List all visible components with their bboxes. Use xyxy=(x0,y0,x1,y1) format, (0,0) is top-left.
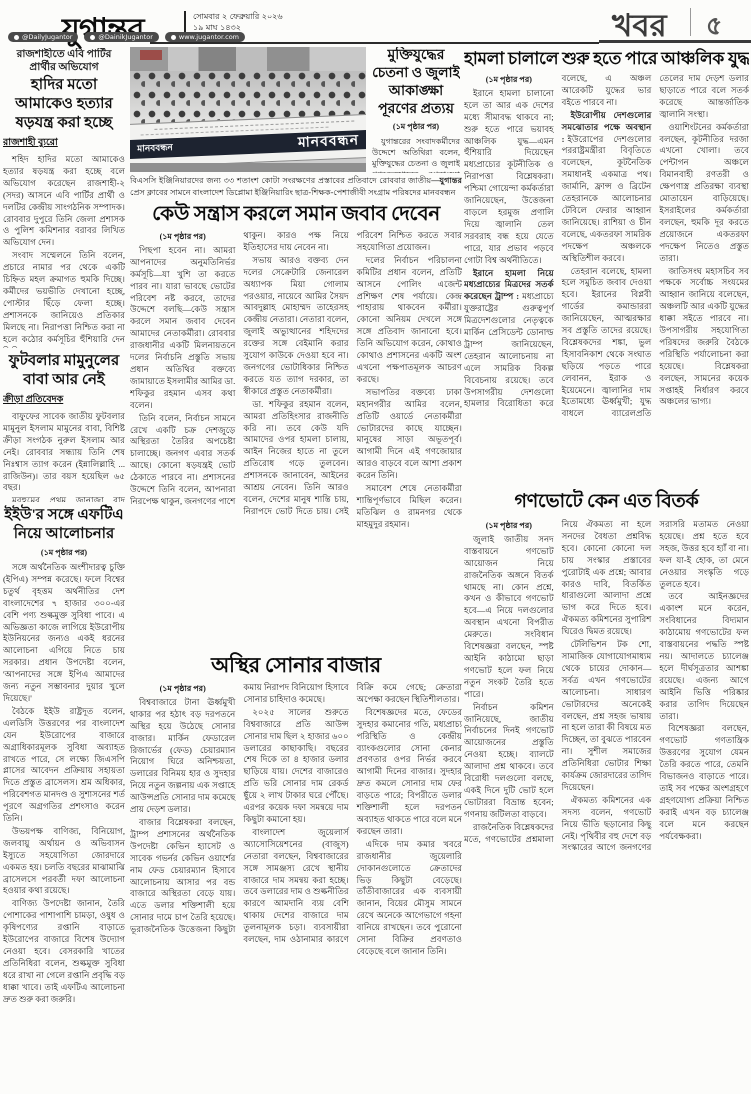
social-badge: www.jugantor.com xyxy=(165,32,245,42)
photo-caption-text: বিএসসি ইঞ্জিনিয়ারদের জন্য ৩৩ শতাংশ কোটা… xyxy=(130,176,456,197)
photo-credit: —যুগান্তর xyxy=(431,175,462,187)
article-attack-paragraphs: ইরানে হামলা চালানো হলে তা আর এক দেশের মধ… xyxy=(464,73,749,420)
article-referendum-body-columns: (১ম পৃষ্ঠার পর) জুলাই জাতীয় সনদ বাস্তবা… xyxy=(464,519,749,1083)
continued-marker: (১ম পৃষ্ঠার পর) xyxy=(464,74,554,86)
paragraph-text: বাণিজ্য উপদেষ্টা জানান, তৈরি পোশাকের পাশ… xyxy=(3,898,125,1003)
article-gold-body-columns: (১ম পৃষ্ঠার পর) বিশ্ববাজারে টানা ঊর্ধ্বম… xyxy=(130,682,462,1080)
banner-text-large: মানববন্ধন xyxy=(297,128,359,155)
social-badge: @DailyJugantor xyxy=(8,32,78,42)
article-footballer-body: বাফুফের সাবেক জাতীয় ফুটবলার মামুনুল ইসল… xyxy=(3,411,125,502)
photo-caption: —যুগান্তর বিএসসি ইঞ্জিনিয়ারদের জন্য ৩৩ … xyxy=(130,175,462,199)
paragraph-text: শহিদ হাদির মতো আমাকেও হত্যার ষড়যন্ত্র ক… xyxy=(3,154,125,247)
paragraph-text: সঙ্গে অর্থনৈতিক অংশীদারত্ব চুক্তি (ইপিএ)… xyxy=(3,562,125,703)
social-icon xyxy=(90,35,95,40)
article-gold: অস্থির সোনার বাজার (১ম পৃষ্ঠার পর) বিশ্ব… xyxy=(130,652,462,1088)
section-separator xyxy=(690,8,691,36)
header-rule-thin xyxy=(150,42,599,44)
paragraph-text: ২০২৫ সালের শুরুতে বিশ্ববাজারে প্রতি আউন্… xyxy=(243,707,348,824)
article-hadi-kicker: রাজশাহীতে এবি পার্টির প্রার্থীর অভিযোগ xyxy=(3,48,125,74)
article-terror-body-columns: (১ম পৃষ্ঠার পর) পিছপা হবেন না। আমরা আপনা… xyxy=(130,230,462,644)
article-terror-paragraphs: পিছপা হবেন না। আমরা আপনাদের অনুমতিনির্ভর… xyxy=(130,230,462,531)
article-referendum-paragraphs: জুলাই জাতীয় সনদ বাস্তবায়নে গণভোট আয়োজ… xyxy=(464,519,749,854)
photo-red-sign xyxy=(140,50,162,60)
date-gregorian: সোমবার ২ ফেব্রুয়ারি ২০২৬ xyxy=(193,11,283,22)
paragraph-text: জাতিসংঘ মহাসচিব সব পক্ষকে সর্বোচ্চ সংযমে… xyxy=(659,266,749,407)
header-rule-thick xyxy=(599,40,751,43)
article-gold-paragraphs: বিশ্ববাজারে টানা ঊর্ধ্বমুখী থাকার পর হঠা… xyxy=(130,682,462,958)
article-hadi-byline: রাজশাহী ব্যুরো xyxy=(3,136,125,151)
article-gold-headline: অস্থির সোনার বাজার xyxy=(130,652,462,678)
paragraph-text: বৈঠকে ইইউ রাষ্ট্রদূত বলেন, এলডিসি উত্তরণ… xyxy=(3,706,125,823)
social-badges: @DailyJugantor@DainikJugantorwww.juganto… xyxy=(8,32,245,42)
masthead-date: সোমবার ২ ফেব্রুয়ারি ২০২৬ ১৯ মাঘ ১৪৩২ xyxy=(184,11,283,33)
paragraph-text: বিশেষজ্ঞদের মতে, ফেডের সুদহার কমানোর গতি… xyxy=(357,707,462,836)
paragraph-text: সমাবেশ শেষে নেতাকর্মীরা শান্তিপূর্ণভাবে … xyxy=(357,483,462,529)
newspaper-page: যুগান্তর সোমবার ২ ফেব্রুয়ারি ২০২৬ ১৯ মা… xyxy=(0,0,751,1094)
continued-marker: (১ম পৃষ্ঠার পর) xyxy=(130,231,235,243)
paragraph-text: ইউরোপের দেশগুলোর পররাষ্ট্রমন্ত্রীরা বিবৃ… xyxy=(562,134,652,263)
social-badge-label: @DainikJugantor xyxy=(98,33,152,41)
continued-marker: (১ম পৃষ্ঠার পর) xyxy=(3,547,125,560)
article-attack-headline: হামলা চালালে শুরু হতে পারে আঞ্চলিক যুদ্ধ xyxy=(464,47,749,70)
photo-banner: মানববন্ধন মানববন্ধন xyxy=(130,114,366,168)
social-icon xyxy=(14,35,19,40)
social-badge-label: www.jugantor.com xyxy=(179,33,239,41)
article-footballer-headline: ফুটবলার মামুনুলের বাবা আর নেই xyxy=(3,352,125,390)
article-terror-headline: কেউ সন্ত্রাস করলে সমান জবাব দেবেন xyxy=(130,201,462,227)
article-hadi: রাজশাহীতে এবি পার্টির প্রার্থীর অভিযোগ হ… xyxy=(3,48,125,348)
paragraph-text: পিছপা হবেন না। আমরা আপনাদের অনুমতিনির্ভর… xyxy=(130,245,235,410)
article-fta: ইইউ'র সঙ্গে এফটিএ নিয়ে আলোচনার (১ম পৃষ্… xyxy=(3,504,125,1088)
photo-street xyxy=(130,163,366,172)
continued-marker: (১ম পৃষ্ঠার পর) xyxy=(130,683,235,695)
paragraph-text: তবে আইনজ্ঞদের একাংশ মনে করেন, সংবিধানের … xyxy=(659,591,749,720)
article-fta-body: সঙ্গে অর্থনৈতিক অংশীদারত্ব চুক্তি (ইপিএ)… xyxy=(3,562,125,1006)
article-fta-headline: ইইউ'র সঙ্গে এফটিএ নিয়ে আলোচনার xyxy=(3,506,125,544)
article-mukti-headline: মুক্তিযুদ্ধের চেতনা ও জুলাই আকাঙ্ক্ষা পূ… xyxy=(372,47,460,119)
paragraph-text: সংবাদ সম্মেলনে তিনি বলেন, প্রচারে নামার … xyxy=(3,250,125,348)
paragraph-text: যুগান্তরের সংবাদকর্মীদের উদ্দেশে অতিথিরা… xyxy=(372,137,460,173)
paragraph-text: নির্বাচন কমিশন জানিয়েছে, জাতীয় নির্বাচ… xyxy=(464,702,554,819)
paragraph-text: দলের নির্বাচন পরিচালনা কমিটির প্রধান বলে… xyxy=(357,255,462,384)
paragraph-text: সভাপতির বক্তব্যে ঢাকা মহানগরীর আমির বলেন… xyxy=(357,387,462,480)
article-referendum: গণভোটে কেন এত বিতর্ক (১ম পৃষ্ঠার পর) জুল… xyxy=(464,489,749,1088)
article-hadi-body: শহিদ হাদির মতো আমাকেও হত্যার ষড়যন্ত্র ক… xyxy=(3,154,125,348)
banner-text-small: মানববন্ধন xyxy=(137,140,173,156)
paragraph-text: উভয়পক্ষ বাণিজ্য, বিনিয়োগ, জলবায়ু অর্থ… xyxy=(3,826,125,896)
paragraph-text: বিশ্ববাজারে টানা ঊর্ধ্বমুখী থাকার পর হঠা… xyxy=(130,697,235,814)
social-icon xyxy=(171,35,176,40)
continued-marker: (১ম পৃষ্ঠার পর) xyxy=(464,520,554,532)
social-badge: @DainikJugantor xyxy=(84,32,158,42)
article-referendum-headline: গণভোটে কেন এত বিতর্ক xyxy=(464,489,749,515)
article-mukti-body: যুগান্তরের সংবাদকর্মীদের উদ্দেশে অতিথিরা… xyxy=(372,136,460,173)
article-footballer: ফুটবলার মামুনুলের বাবা আর নেই ক্রীড়া প্… xyxy=(3,350,125,502)
continued-marker: (১ম পৃষ্ঠার পর) xyxy=(372,121,460,134)
paragraph-text: সভায় আরও বক্তব্য দেন দলের সেক্রেটারি জে… xyxy=(243,255,348,396)
photo-human-chain: মানববন্ধন মানববন্ধন xyxy=(130,47,366,172)
article-attack-body-columns: (১ম পৃষ্ঠার পর) ইরানে হামলা চালানো হলে ত… xyxy=(464,73,749,481)
paragraph-text: বিশেষজ্ঞরা বলছেন, গণভোট গণতান্ত্রিক উত্ত… xyxy=(659,723,749,840)
paragraph-text: ইরানে হামলা চালানো হলে তা আর এক দেশের মধ… xyxy=(464,88,554,265)
paragraph-text: ওয়াশিংটনের কর্মকর্তারা বলছেন, কূটনীতির … xyxy=(659,122,749,263)
article-footballer-byline: ক্রীড়া প্রতিবেদক xyxy=(3,393,125,408)
article-attack: হামলা চালালে শুরু হতে পারে আঞ্চলিক যুদ্ধ… xyxy=(464,47,749,484)
paragraph-text: মরহুমের প্রথম জানাজা বাদ আসর মগবাজার জাম… xyxy=(3,495,125,502)
paragraph-text: এদিকে দাম কমার খবরে রাজধানীর জুয়েলারি দ… xyxy=(357,839,462,956)
paragraph-text: জুলাই জাতীয় সনদ বাস্তবায়নে গণভোট আয়োজ… xyxy=(464,534,554,699)
paragraph-text: টেলিভিশন টক শো, সামাজিক যোগাযোগমাধ্যম থে… xyxy=(562,639,652,792)
article-terror: কেউ সন্ত্রাস করলে সমান জবাব দেবেন (১ম পৃ… xyxy=(130,201,462,647)
article-hadi-headline: হাদির মতো আমাকেও হত্যার ষড়যন্ত্র করা হচ… xyxy=(3,76,125,133)
paragraph-text: বাফুফের সাবেক জাতীয় ফুটবলার মামুনুল ইসল… xyxy=(3,411,125,492)
social-badge-label: @DailyJugantor xyxy=(22,33,72,41)
article-mukti: মুক্তিযুদ্ধের চেতনা ও জুলাই আকাঙ্ক্ষা পূ… xyxy=(372,47,460,173)
